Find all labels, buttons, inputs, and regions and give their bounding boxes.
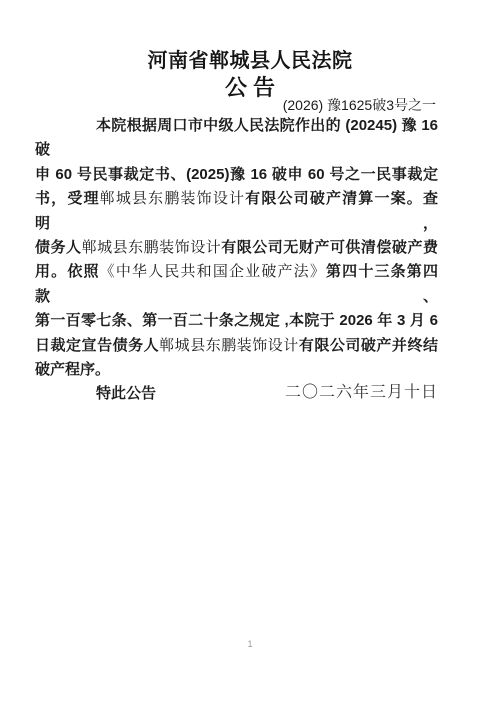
announcement-body: 本院根据周口市中级人民法院作出的 (20245) 豫 16 破申 60 号民事裁…: [35, 114, 438, 407]
page-number: 1: [0, 639, 500, 649]
body-line: 日裁定宣告债务人郸城县东鹏装饰设计有限公司破产并终结: [35, 334, 438, 358]
body-line: 第一百零七条、第一百二十条之规定 ,本院于 2026 年 3 月 6: [35, 309, 438, 333]
body-text-segment: 有限公司破产并终结: [299, 337, 438, 354]
body-text-segment: 债务人: [35, 239, 82, 256]
body-text-segment: 郸城县东鹏装饰设计: [82, 240, 222, 256]
body-line: 书，受理郸城县东鹏装饰设计有限公司破产清算一案。查明，: [35, 187, 438, 236]
body-text-segment: 第一百零七条、第一百二十条之规定 ,本院于 2026 年 3 月 6: [35, 312, 438, 329]
body-line: 申 60 号民事裁定书、(2025)豫 16 破申 60 号之一民事裁定: [35, 163, 438, 187]
body-line: 用。依照《中华人民共和国企业破产法》第四十三条第四款、: [35, 260, 438, 309]
body-line: 债务人郸城县东鹏装饰设计有限公司无财产可供清偿破产费: [35, 236, 438, 260]
body-text-segment: 本院根据周口市中级人民法院作出的 (20245) 豫 16 破: [35, 117, 438, 158]
body-line: 本院根据周口市中级人民法院作出的 (20245) 豫 16 破: [35, 114, 438, 163]
body-text-segment: 书，受理: [35, 190, 100, 207]
court-name: 河南省郸城县人民法院: [0, 44, 500, 73]
body-text-segment: 日裁定宣告债务人: [35, 337, 159, 354]
announcement-page: 河南省郸城县人民法院 公 告 (2026) 豫1625破3号之一 本院根据周口市…: [0, 0, 500, 707]
closing-text: 特此公告: [96, 385, 156, 402]
body-text-segment: 郸城县东鹏装饰设计: [159, 338, 299, 354]
date-line: 二〇二六年三月十日: [285, 379, 438, 402]
body-text-segment: 申 60 号民事裁定书、(2025)豫 16 破申 60 号之一民事裁定: [35, 166, 438, 183]
case-number: (2026) 豫1625破3号之一: [0, 95, 436, 115]
body-text-segment: 破产程序。: [35, 361, 110, 378]
body-text-segment: 有限公司无财产可供清偿破产费: [221, 239, 438, 256]
body-text-segment: 郸城县东鹏装饰设计: [100, 191, 245, 207]
body-text-segment: 《中华人民共和国企业破产法》: [100, 264, 326, 280]
body-text-segment: 用。依照: [35, 263, 100, 280]
